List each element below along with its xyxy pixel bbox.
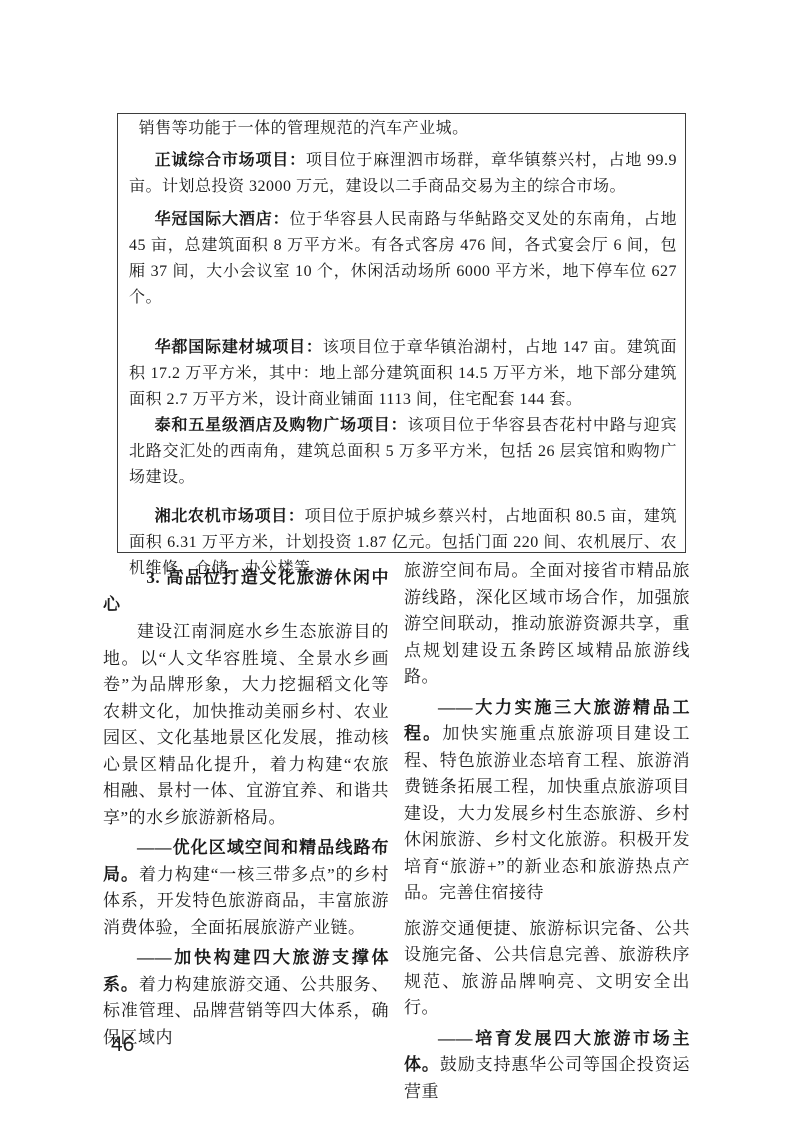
body-paragraph: ——加快构建四大旅游支撑体系。着力构建旅游交通、公共服务、标准管理、品牌营销等四… <box>103 945 389 1051</box>
paragraph-text: 旅游交通便捷、旅游标识完备、公共设施完备、公共信息完善、旅游秩序规范、旅游品牌响… <box>404 919 690 1018</box>
project-paragraph: 华都国际建材城项目：该项目位于章华镇治湖村，占地 147 亩。建筑面积 17.2… <box>129 335 677 413</box>
project-title: 泰和五星级酒店及购物广场项目： <box>155 417 408 434</box>
paragraph-text: 着力构建“一核三带多点”的乡村体系，开发特色旅游商品，丰富旅游消费体验，全面拓展… <box>103 865 389 937</box>
project-title: 湘北农机市场项目： <box>155 508 305 525</box>
project-paragraph: 华冠国际大酒店：位于华容县人民南路与华鲇路交叉处的东南角，占地 45 亩，总建筑… <box>129 207 677 311</box>
project-title: 正诚综合市场项目： <box>155 152 306 169</box>
paragraph-text: 销售等功能于一体的管理规范的汽车产业城。 <box>139 120 469 137</box>
paragraph-text: 鼓励支持惠华公司等国企投资运营重 <box>404 1055 690 1101</box>
project-title: 华冠国际大酒店： <box>155 211 290 228</box>
body-paragraph: ——培育发展四大旅游市场主体。鼓励支持惠华公司等国企投资运营重 <box>404 1026 690 1106</box>
right-column: 旅游空间布局。全面对接省市精品旅游线路，深化区域市场合作，加强旅游空间联动，推动… <box>404 558 690 1105</box>
body-paragraph: ——优化区域空间和精品线路布局。着力构建“一核三带多点”的乡村体系，开发特色旅游… <box>103 835 389 941</box>
two-column-body: 3. 高品位打造文化旅游休闲中心 建设江南洞庭水乡生态旅游目的地。以“人文华容胜… <box>103 558 690 1105</box>
project-title: 华都国际建材城项目： <box>155 339 323 356</box>
paragraph-text: 建设江南洞庭水乡生态旅游目的地。以“人文华容胜境、全景水乡画卷”为品牌形象，大力… <box>103 622 389 827</box>
paragraph-text: 着力构建旅游交通、公共服务、标准管理、品牌营销等四大体系，确保区域内 <box>103 975 389 1047</box>
boxed-project-list: 销售等功能于一体的管理规范的汽车产业城。 正诚综合市场项目：项目位于麻浬泗市场群… <box>117 113 686 553</box>
paragraph-text: 旅游空间布局。全面对接省市精品旅游线路，深化区域市场合作，加强旅游空间联动，推动… <box>404 561 690 686</box>
document-page: 销售等功能于一体的管理规范的汽车产业城。 正诚综合市场项目：项目位于麻浬泗市场群… <box>0 0 793 1122</box>
paragraph-text: 加快实施重点旅游项目建设工程、特色旅游业态培育工程、旅游消费链条拓展工程，加快重… <box>404 724 690 902</box>
project-paragraph: 泰和五星级酒店及购物广场项目：该项目位于华容县杏花村中路与迎宾北路交汇处的西南角… <box>129 413 677 491</box>
project-paragraph: 正诚综合市场项目：项目位于麻浬泗市场群，章华镇蔡兴村，占地 99.9 亩。计划总… <box>129 148 677 200</box>
section-heading: 3. 高品位打造文化旅游休闲中心 <box>103 565 389 618</box>
page-number: 46 <box>111 1033 134 1057</box>
left-column: 3. 高品位打造文化旅游休闲中心 建设江南洞庭水乡生态旅游目的地。以“人文华容胜… <box>103 558 389 1105</box>
body-paragraph: 旅游交通便捷、旅游标识完备、公共设施完备、公共信息完善、旅游秩序规范、旅游品牌响… <box>404 916 690 1022</box>
body-paragraph: ——大力实施三大旅游精品工程。加快实施重点旅游项目建设工程、特色旅游业态培育工程… <box>404 695 690 907</box>
body-paragraph: 旅游空间布局。全面对接省市精品旅游线路，深化区域市场合作，加强旅游空间联动，推动… <box>404 558 690 691</box>
project-paragraph: 销售等功能于一体的管理规范的汽车产业城。 <box>129 116 677 142</box>
body-paragraph: 建设江南洞庭水乡生态旅游目的地。以“人文华容胜境、全景水乡画卷”为品牌形象，大力… <box>103 619 389 831</box>
